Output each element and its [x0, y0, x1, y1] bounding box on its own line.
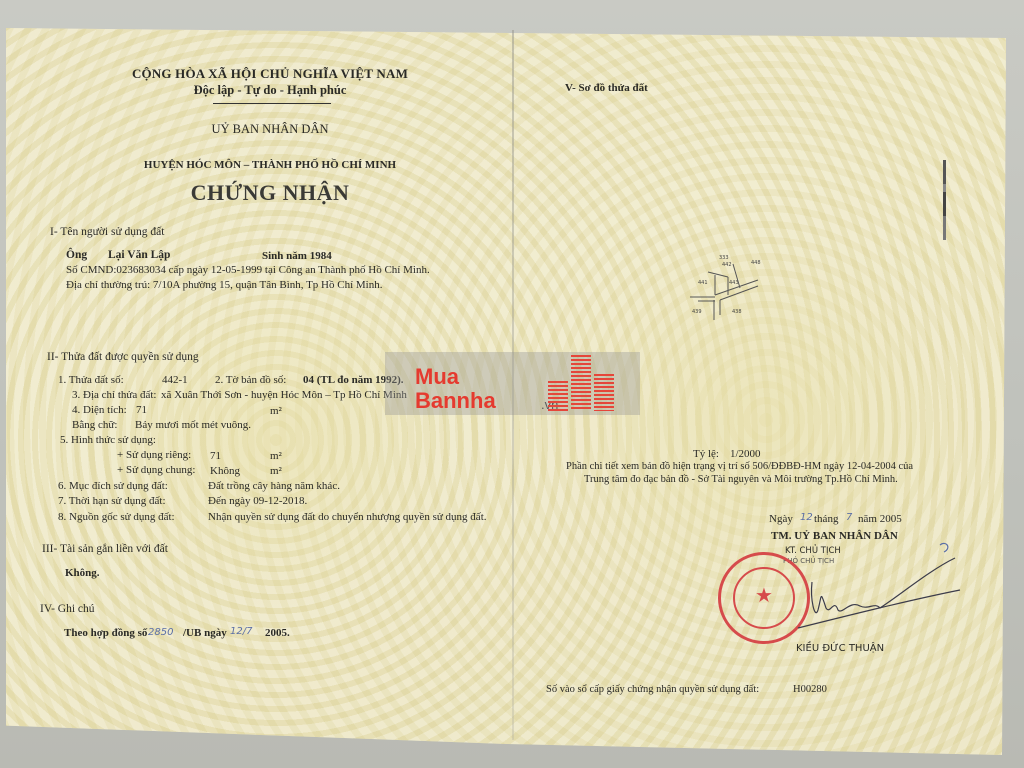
section-3-heading: III- Tài sản gắn liền với đất — [42, 543, 168, 555]
committee-label: UỶ BAN NHÂN DÂN — [100, 122, 440, 137]
private-use-unit: m² — [270, 450, 282, 462]
watermark-bannha: Bannha — [415, 390, 496, 412]
purpose-value: Đất trồng cây hàng năm khác. — [208, 480, 340, 492]
building-icon — [548, 381, 568, 411]
assets-value: Không. — [65, 567, 100, 579]
area-unit: m² — [270, 405, 282, 417]
usage-form-label: 5. Hình thức sử dụng: — [60, 434, 156, 446]
date-prefix: Ngày — [769, 513, 793, 525]
watermark-mua: Mua — [415, 366, 459, 388]
shared-use-unit: m² — [270, 465, 282, 477]
month-prefix: tháng — [814, 513, 838, 525]
term-label: 7. Thời hạn sử dụng đất: — [58, 495, 166, 507]
term-value: Đến ngày 09-12-2018. — [208, 495, 307, 507]
land-address-value: xã Xuân Thới Sơn - huyện Hóc Môn – Tp Hồ… — [161, 389, 407, 401]
origin-value: Nhận quyền sử dụng đất do chuyển nhượng … — [208, 511, 487, 523]
plot-label: 443 — [729, 280, 739, 286]
shared-use-label: + Sử dụng chung: — [117, 464, 195, 476]
birth-year: Sinh năm 1984 — [262, 250, 332, 262]
registry-number: H00280 — [793, 684, 827, 695]
parcel-value: 442-1 — [162, 374, 188, 386]
republic-title: CỘNG HÒA XÃ HỘI CHỦ NGHĨA VIỆT NAM — [100, 66, 440, 82]
national-motto: Độc lập - Tự do - Hạnh phúc — [100, 83, 440, 98]
section-4-heading: IV- Ghi chú — [40, 603, 95, 615]
plot-label: 439 — [692, 309, 702, 315]
signature-scribble — [700, 540, 980, 660]
year-text: năm 2005 — [858, 513, 902, 525]
purpose-label: 6. Mục đích sử dụng đất: — [58, 480, 168, 492]
residence-line: Địa chỉ thường trú: 7/10A phường 15, quậ… — [66, 279, 382, 291]
detail-line-2: Trung tâm đo đạc bản đồ - Sở Tài nguyên … — [584, 474, 898, 485]
certificate-title: CHỨNG NHẬN — [100, 180, 440, 206]
motto-underline — [213, 103, 331, 104]
land-address-label: 3. Địa chỉ thửa đất: — [72, 389, 156, 401]
note-contract-handwritten: 2850 — [148, 627, 173, 638]
note-date-handwritten: 12/7 — [230, 626, 252, 637]
scale-label: Tỷ lệ: — [693, 448, 719, 460]
area-label: 4. Diện tích: — [72, 404, 127, 416]
note-mid: /UB ngày — [183, 627, 227, 639]
month-handwritten: 7 — [846, 512, 852, 523]
section-5-heading: V- Sơ đồ thửa đất — [565, 82, 648, 94]
building-icon — [594, 374, 614, 411]
id-card-line: Số CMND:023683034 cấp ngày 12-05-1999 tạ… — [66, 264, 430, 276]
plot-label: 442 — [722, 262, 732, 268]
origin-label: 8. Nguồn gốc sử dụng đất: — [58, 511, 175, 523]
plot-label: 448 — [751, 260, 761, 266]
detail-line-1: Phần chi tiết xem bản đồ hiện trạng vị t… — [566, 461, 913, 472]
signer-name: KIỀU ĐỨC THUẬN — [796, 643, 884, 654]
private-use-value: 71 — [210, 450, 221, 462]
area-words-value: Bảy mươi mốt mét vuông. — [135, 419, 251, 431]
note-year: 2005. — [265, 627, 290, 639]
building-icon — [571, 355, 591, 411]
parcel-label: 1. Thửa đất số: — [58, 374, 124, 386]
scale-value: 1/2000 — [730, 448, 761, 460]
binder-clip — [943, 160, 946, 240]
registry-label: Số vào sổ cấp giấy chứng nhận quyền sử d… — [546, 684, 759, 695]
area-words-label: Bằng chữ: — [72, 419, 117, 431]
salutation: Ông — [66, 249, 87, 261]
day-handwritten: 12 — [800, 512, 813, 523]
plot-label: 333 — [719, 255, 729, 261]
section-2-heading: II- Thửa đất được quyền sử dụng — [47, 351, 199, 363]
plot-label: 441 — [698, 280, 708, 286]
area-value: 71 — [136, 404, 147, 416]
district-label: HUYỆN HÓC MÔN – THÀNH PHỐ HỒ CHÍ MINH — [100, 159, 440, 171]
map-label: 2. Tờ bản đồ số: — [215, 374, 286, 386]
private-use-label: + Sử dụng riêng: — [117, 449, 191, 461]
owner-name: Lại Văn Lập — [108, 249, 170, 261]
plot-label: 438 — [732, 309, 742, 315]
plot-diagram: 333 442 448 441 443 439 438 — [670, 250, 790, 330]
shared-use-value: Không — [210, 465, 240, 477]
section-1-heading: I- Tên người sử dụng đất — [50, 226, 164, 238]
note-prefix: Theo hợp đồng số — [64, 627, 147, 639]
